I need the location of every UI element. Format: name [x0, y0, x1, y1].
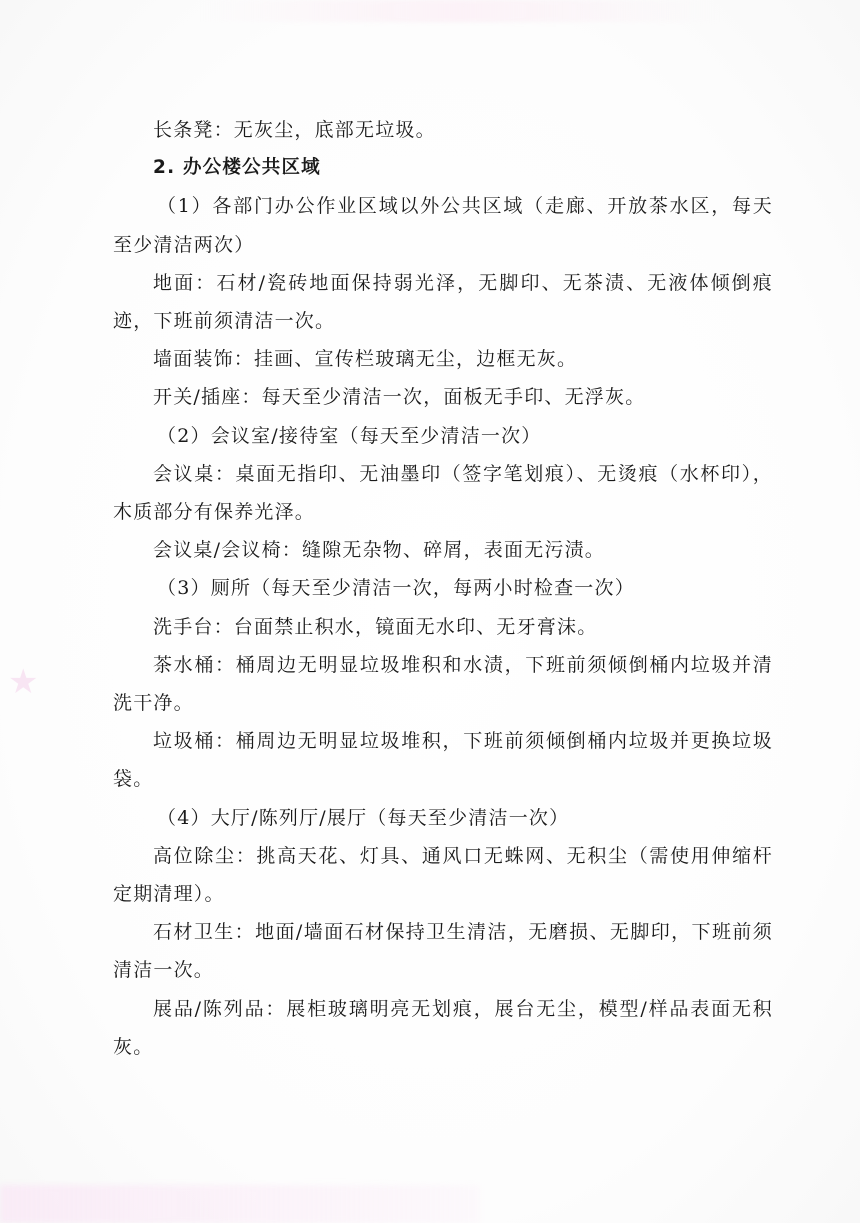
paragraph-trash-bin: 垃圾桶：桶周边无明显垃圾堆积，下班前须倾倒桶内垃圾并更换垃圾袋。 [113, 722, 773, 798]
section-heading-office-public-area: 2. 办公楼公共区域 [113, 149, 773, 187]
stamp-bleed-bottom [0, 1185, 480, 1223]
star-stamp-icon: ★ [8, 665, 42, 699]
subsection-meeting-room: （2）会议室/接待室（每天至少清洁一次） [113, 417, 773, 455]
subsection-public-area: （1）各部门办公作业区域以外公共区域（走廊、开放茶水区，每天至少清洁两次） [113, 187, 773, 263]
scanned-page: ★ 长条凳：无灰尘，底部无垃圾。 2. 办公楼公共区域 （1）各部门办公作业区域… [0, 0, 860, 1223]
paragraph-tea-bucket: 茶水桶：桶周边无明显垃圾堆积和水渍，下班前须倾倒桶内垃圾并清洗干净。 [113, 646, 773, 722]
paragraph-exhibits: 展品/陈列品：展柜玻璃明亮无划痕，展台无尘，模型/样品表面无积灰。 [113, 990, 773, 1066]
paragraph-washbasin: 洗手台：台面禁止积水，镜面无水印、无牙膏沫。 [113, 608, 773, 646]
paragraph-wall-decoration: 墙面装饰：挂画、宣传栏玻璃无尘，边框无灰。 [113, 340, 773, 378]
paragraph-floor: 地面：石材/瓷砖地面保持弱光泽，无脚印、无茶渍、无液体倾倒痕迹，下班前须清洁一次… [113, 264, 773, 340]
paragraph-bench: 长条凳：无灰尘，底部无垃圾。 [113, 111, 773, 149]
paragraph-switch-socket: 开关/插座：每天至少清洁一次，面板无手印、无浮灰。 [113, 378, 773, 416]
subsection-hall-exhibition: （4）大厅/陈列厅/展厅（每天至少清洁一次） [113, 799, 773, 837]
document-body: 长条凳：无灰尘，底部无垃圾。 2. 办公楼公共区域 （1）各部门办公作业区域以外… [113, 111, 773, 1066]
paragraph-meeting-table: 会议桌：桌面无指印、无油墨印（签字笔划痕）、无烫痕（水杯印），木质部分有保养光泽… [113, 455, 773, 531]
paragraph-stone-hygiene: 石材卫生：地面/墙面石材保持卫生清洁，无磨损、无脚印，下班前须清洁一次。 [113, 913, 773, 989]
subsection-restroom: （3）厕所（每天至少清洁一次，每两小时检查一次） [113, 569, 773, 607]
stamp-bleed-top [200, 0, 720, 22]
paragraph-meeting-chair: 会议桌/会议椅：缝隙无杂物、碎屑，表面无污渍。 [113, 531, 773, 569]
paragraph-high-dusting: 高位除尘：挑高天花、灯具、通风口无蛛网、无积尘（需使用伸缩杆定期清理）。 [113, 837, 773, 913]
